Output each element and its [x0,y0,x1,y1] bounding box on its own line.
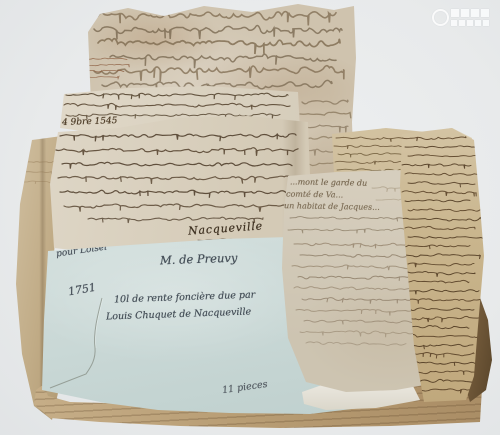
watermark [430,4,496,32]
manuscripts-photo: 4 9bre 1545 Nacqueville pour Loisel M. d… [0,0,500,435]
watermark-logo-icon [432,9,449,26]
